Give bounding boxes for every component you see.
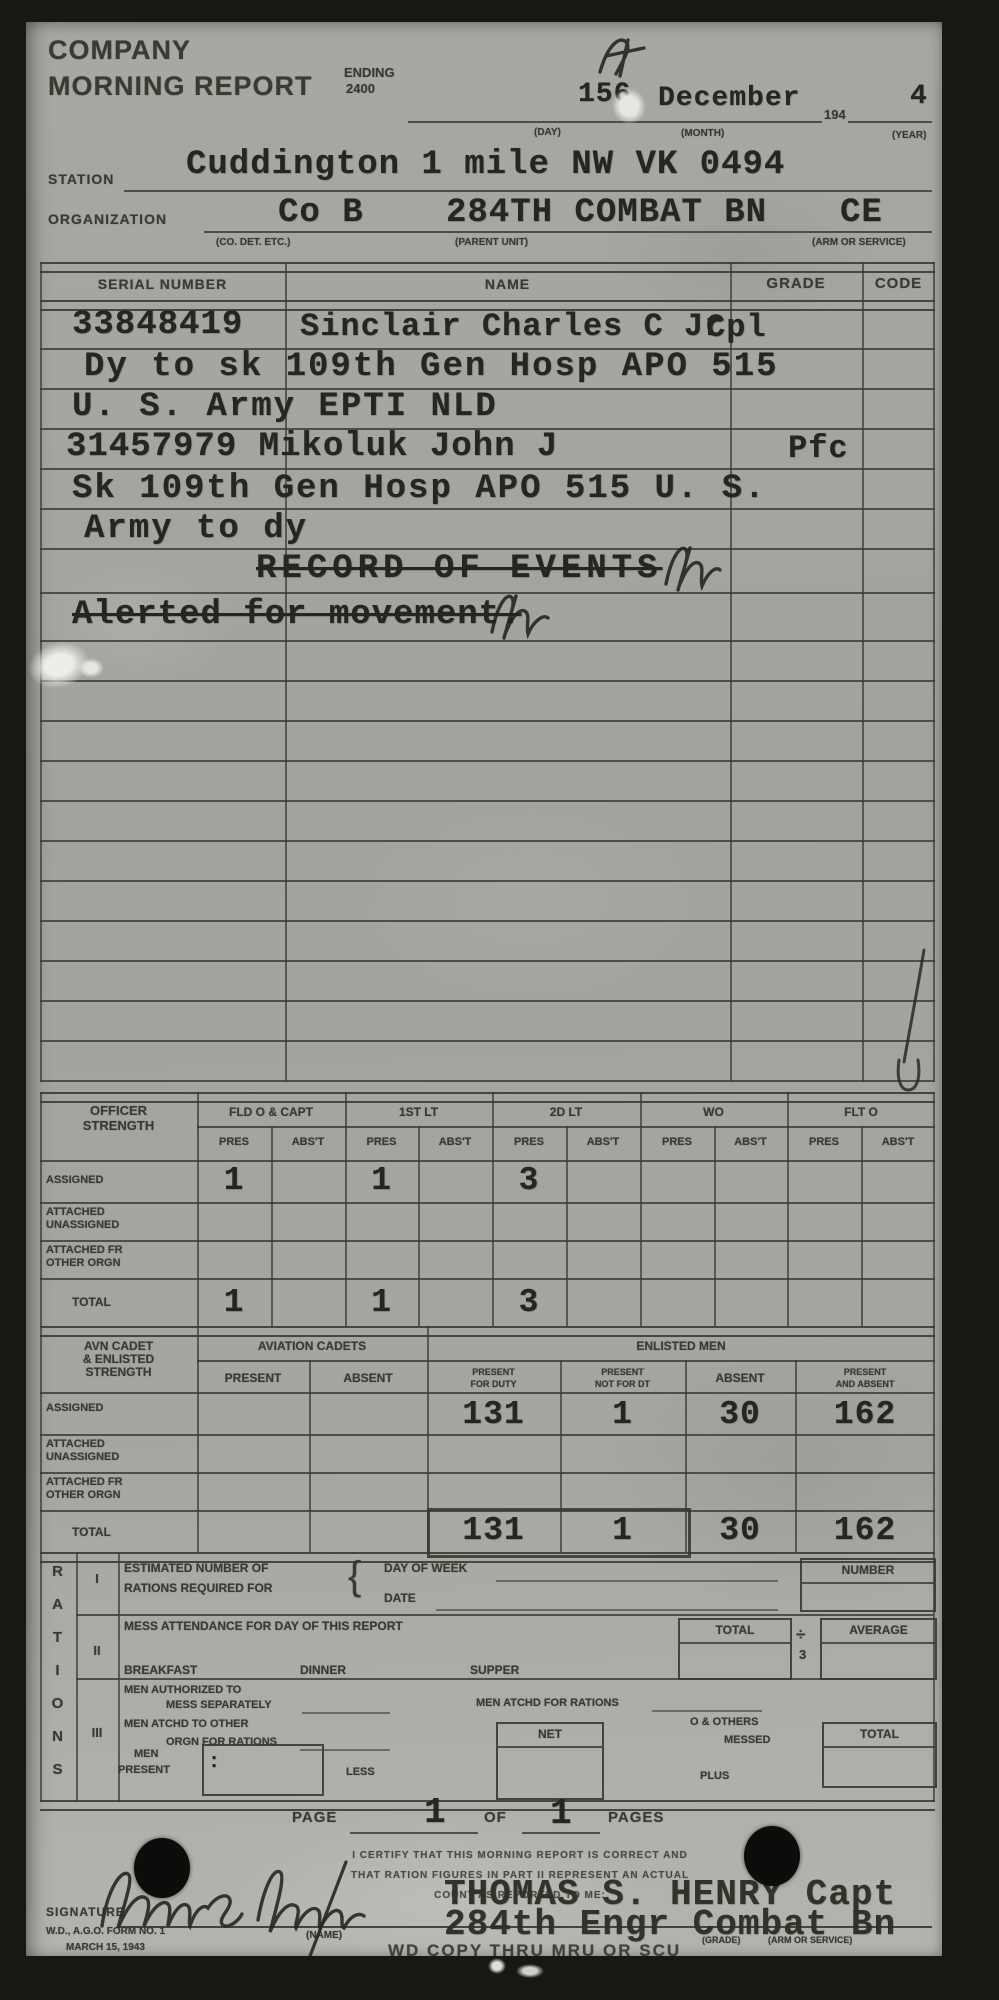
men-present-typed-mark: : [208, 1752, 221, 1773]
date-fillin-label: DATE [384, 1592, 416, 1605]
rule-line [802, 1582, 934, 1584]
rule-line [40, 1434, 935, 1436]
rule-line [822, 1642, 935, 1644]
organization-arm-value: CE [840, 196, 883, 232]
handwritten-u-mark [894, 1056, 924, 1096]
rule-line [309, 1360, 311, 1552]
officer-total-1stlt-pres: 1 [345, 1286, 418, 1321]
scanned-morning-report: COMPANY MORNING REPORT ENDING 2400 156 D… [0, 0, 999, 2000]
officer-group-2d-lt: 2D LT [492, 1106, 640, 1119]
officer-group-flt-o: FLT O [787, 1106, 935, 1119]
officer-sub-abst: ABS'T [714, 1136, 787, 1148]
rule-line [197, 1092, 199, 1326]
officer-sub-pres: PRES [197, 1136, 271, 1148]
enlisted-assigned-present-and-absent: 162 [795, 1398, 935, 1433]
day-of-week-label: DAY OF WEEK [384, 1562, 467, 1575]
rule-line [566, 1126, 568, 1326]
officer-sub-abst: ABS'T [418, 1136, 492, 1148]
rule-line [418, 1126, 420, 1326]
officer-row-label-assigned: ASSIGNED [46, 1174, 103, 1186]
enlisted-row-label-attached-fr-line1: ATTACHED FR [46, 1476, 123, 1488]
rule-line [848, 121, 932, 123]
officer-sub-abst: ABS'T [271, 1136, 345, 1148]
form-title-line1: COMPANY [48, 36, 191, 66]
fill-in-line [522, 1832, 600, 1834]
alerted-for-movement-entry: Alerted for movement. [72, 598, 521, 634]
rule-line [714, 1126, 716, 1326]
present-and-absent-col-line1: PRESENT [795, 1368, 935, 1378]
rule-line [40, 1092, 935, 1103]
rations-letter: N [40, 1729, 76, 1746]
officer-strength-label-line1: OFFICER [40, 1104, 197, 1118]
handwritten-slash-mark [898, 948, 930, 1066]
rule-line [40, 1160, 935, 1162]
roster-entry-grade: Cpl [706, 311, 767, 345]
officer-total-fldo-pres: 1 [197, 1286, 271, 1321]
rule-line [40, 1000, 935, 1002]
page-label: PAGE [292, 1810, 337, 1827]
enlisted-men-group-label: ENLISTED MEN [427, 1340, 935, 1353]
scan-frame-top [0, 0, 999, 22]
dinner-label: DINNER [300, 1664, 346, 1677]
rule-line [124, 190, 932, 192]
rule-line [40, 800, 935, 802]
officer-total-2dlt-pres: 3 [492, 1286, 566, 1321]
rations-letter: O [40, 1696, 76, 1713]
o-and-others-line2: MESSED [724, 1734, 770, 1746]
officer-sub-abst: ABS'T [566, 1136, 640, 1148]
rule-line [40, 1326, 935, 1337]
roster-entry-serial: 33848419 [72, 308, 243, 344]
rule-line [345, 1092, 347, 1326]
roster-entry-text: 31457979 Mikoluk John J [66, 430, 558, 466]
officer-assigned-1stlt-pres: 1 [345, 1164, 418, 1199]
rule-line [427, 1326, 429, 1552]
men-authorized-line2: MESS SEPARATELY [166, 1699, 272, 1711]
officer-group-1st-lt: 1ST LT [345, 1106, 492, 1119]
rule-line [680, 1642, 790, 1644]
rule-line [40, 1092, 42, 1326]
officer-assigned-fldo-pres: 1 [197, 1164, 271, 1199]
aviation-present-col-label: PRESENT [197, 1372, 309, 1385]
rations-total-box: TOTAL [822, 1722, 937, 1788]
roster-header-code: CODE [862, 276, 935, 293]
rule-line [40, 1080, 935, 1082]
average-box: AVERAGE [820, 1618, 937, 1680]
handwritten-initials [660, 540, 724, 592]
rule-line [197, 1360, 935, 1362]
rule-line [795, 1360, 797, 1552]
rule-line [40, 840, 935, 842]
rule-line [40, 262, 935, 273]
rations-part1-numeral: I [76, 1572, 118, 1586]
organization-parent-value: 284TH COMBAT BN [446, 196, 767, 232]
organization-label: ORGANIZATION [48, 212, 167, 227]
roster-header-grade: GRADE [730, 276, 862, 293]
enlisted-row-label-attached-fr-line2: OTHER ORGN [46, 1489, 121, 1501]
fill-in-line [436, 1609, 778, 1611]
enlisted-strength-label-line3: STRENGTH [40, 1366, 197, 1379]
ending-label: ENDING [344, 66, 395, 80]
rule-line [40, 1040, 935, 1042]
fill-in-line [302, 1712, 390, 1714]
men-atchd-for-rations-label: MEN ATCHD FOR RATIONS [476, 1697, 619, 1709]
roster-entry-text: U. S. Army EPTI NLD [72, 390, 498, 426]
date-year-value: 4 [910, 82, 928, 111]
scan-smudge [78, 658, 104, 678]
rule-line [40, 1278, 935, 1280]
rule-line [40, 760, 935, 762]
roster-entry-grade: Pfc [788, 432, 849, 466]
hole-punch [744, 1826, 800, 1886]
net-box: NET [496, 1722, 604, 1800]
record-of-events-heading: RECORD OF EVENTS [256, 552, 662, 588]
date-month-value: December [658, 84, 800, 113]
present-not-for-duty-col-line2: NOT FOR DT [560, 1380, 685, 1390]
brace-glyph: { [348, 1554, 361, 1598]
mess-total-box: TOTAL [678, 1618, 792, 1680]
fill-in-line [652, 1710, 762, 1712]
men-authorized-line1: MEN AUTHORIZED TO [124, 1684, 241, 1696]
rule-line [76, 1614, 933, 1616]
enlisted-total-present-for-duty: 131 [427, 1514, 560, 1549]
enlisted-assigned-present-not-for-duty: 1 [560, 1398, 685, 1433]
enlisted-row-label-assigned: ASSIGNED [46, 1402, 103, 1414]
rule-line [933, 1092, 935, 1326]
net-box-label: NET [498, 1728, 602, 1741]
breakfast-label: BREAKFAST [124, 1664, 197, 1677]
mess-attendance-title: MESS ATTENDANCE FOR DAY OF THIS REPORT [124, 1620, 403, 1633]
mess-total-box-label: TOTAL [680, 1624, 790, 1637]
present-for-duty-col-line2: FOR DUTY [427, 1380, 560, 1390]
rule-line [560, 1360, 562, 1552]
present-not-for-duty-col-line1: PRESENT [560, 1368, 685, 1378]
men-atchd-other-line1: MEN ATCHD TO OTHER [124, 1718, 248, 1730]
divide-by-value: 3 [799, 1648, 806, 1662]
men-present-line2: PRESENT [118, 1764, 170, 1776]
roster-header-name: NAME [285, 277, 730, 292]
year-prefix: 194 [824, 108, 846, 122]
of-label: OF [484, 1810, 507, 1827]
rule-line [40, 1240, 935, 1242]
rule-line [40, 1326, 42, 1552]
rule-line [40, 640, 935, 642]
rations-part2-numeral: II [76, 1644, 118, 1658]
rule-line [933, 262, 935, 1082]
rule-line [40, 960, 935, 962]
rule-line [40, 1392, 935, 1394]
roster-header-serial: SERIAL NUMBER [40, 277, 285, 292]
aviation-absent-col-label: ABSENT [309, 1372, 427, 1385]
officer-sub-abst: ABS'T [861, 1136, 935, 1148]
rule-line [40, 720, 935, 722]
rule-line [76, 1552, 78, 1802]
day-label: (DAY) [534, 127, 561, 138]
rule-line [492, 1092, 494, 1326]
men-present-line1: MEN [134, 1748, 158, 1760]
organization-parent-sublabel: (PARENT UNIT) [455, 237, 528, 248]
fill-in-line [350, 1832, 478, 1834]
rule-line [40, 920, 935, 922]
pages-count-value: 1 [550, 1795, 573, 1833]
rule-line [498, 1746, 602, 1748]
handwritten-date-correction [592, 34, 654, 80]
page-number-value: 1 [424, 1794, 447, 1832]
rations-letter: T [40, 1630, 76, 1647]
rations-letter: A [40, 1597, 76, 1614]
rations-letter: S [40, 1762, 76, 1779]
supper-label: SUPPER [470, 1664, 519, 1677]
number-box: NUMBER [800, 1558, 936, 1612]
enlisted-total-present-and-absent: 162 [795, 1514, 935, 1549]
station-label: STATION [48, 172, 114, 187]
rations-part1-line1: ESTIMATED NUMBER OF [124, 1562, 268, 1575]
scan-frame-left [0, 0, 26, 2000]
officer-row-label-total: TOTAL [72, 1296, 111, 1309]
scan-frame-right [942, 0, 999, 2000]
officer-row-label-attached-unassigned-line1: ATTACHED [46, 1206, 105, 1218]
arm-or-service-sublabel: (ARM OR SERVICE) [768, 1936, 852, 1946]
roster-entry-text: Army to dy [84, 512, 308, 548]
rule-line [862, 262, 864, 1082]
officer-strength-label-line2: STRENGTH [40, 1119, 197, 1133]
o-and-others-line1: O & OTHERS [690, 1716, 758, 1728]
present-for-duty-col-line1: PRESENT [427, 1368, 560, 1378]
rule-line [685, 1360, 687, 1552]
officer-assigned-2dlt-pres: 3 [492, 1164, 566, 1199]
organization-company-sublabel: (CO. DET. ETC.) [216, 237, 290, 248]
officer-sub-pres: PRES [787, 1136, 861, 1148]
rule-line [40, 1472, 935, 1474]
roster-entry-name: Sinclair Charles C Jr [300, 310, 724, 344]
rule-line [204, 231, 932, 233]
enlisted-row-label-attached-unassigned-line2: UNASSIGNED [46, 1451, 119, 1463]
men-present-box: : [202, 1744, 324, 1796]
month-label: (MONTH) [681, 128, 724, 139]
hole-punch [134, 1838, 190, 1898]
enlisted-assigned-absent: 30 [685, 1398, 795, 1433]
enlisted-row-label-attached-unassigned-line1: ATTACHED [46, 1438, 105, 1450]
ending-value: 2400 [346, 82, 375, 96]
rule-line [40, 1202, 935, 1204]
average-box-label: AVERAGE [822, 1624, 935, 1637]
roster-entry-text: Sk 109th Gen Hosp APO 515 U. S. [72, 472, 767, 508]
officer-row-label-attached-unassigned-line2: UNASSIGNED [46, 1219, 119, 1231]
rule-line [76, 1678, 933, 1680]
scan-speck [488, 1958, 506, 1974]
rule-line [933, 1326, 935, 1552]
enlisted-assigned-present-for-duty: 131 [427, 1398, 560, 1433]
station-value: Cuddington 1 mile NW VK 0494 [186, 148, 785, 184]
officer-sub-pres: PRES [492, 1136, 566, 1148]
present-and-absent-col-line2: AND ABSENT [795, 1380, 935, 1390]
rule-line [40, 680, 935, 682]
organization-arm-sublabel: (ARM OR SERVICE) [812, 237, 906, 248]
rule-line [408, 121, 822, 123]
rations-letter: I [40, 1663, 76, 1680]
enlisted-row-label-total: TOTAL [72, 1526, 111, 1539]
plus-label: PLUS [700, 1770, 729, 1782]
year-label: (YEAR) [892, 130, 926, 141]
less-label: LESS [346, 1766, 375, 1778]
rations-part1-line2: RATIONS REQUIRED FOR [124, 1582, 272, 1595]
aviation-cadets-group-label: AVIATION CADETS [197, 1340, 427, 1353]
organization-company-value: Co B [278, 196, 364, 232]
roster-entry-text: Dy to sk 109th Gen Hosp APO 515 [84, 350, 779, 386]
officer-row-label-attached-fr-line2: OTHER ORGN [46, 1257, 121, 1269]
form-title-line2: MORNING REPORT [48, 72, 313, 102]
number-box-label: NUMBER [802, 1564, 934, 1577]
enlisted-absent-col-label: ABSENT [685, 1372, 795, 1385]
rations-letter: R [40, 1564, 76, 1581]
rule-line [640, 1092, 642, 1326]
pages-label: PAGES [608, 1810, 664, 1827]
officer-sub-pres: PRES [345, 1136, 418, 1148]
rule-line [40, 880, 935, 882]
grade-sublabel: (GRADE) [702, 1936, 741, 1946]
officer-group-wo: WO [640, 1106, 787, 1119]
officer-group-fldo-capt: FLD O & CAPT [197, 1106, 345, 1119]
rations-part3-numeral: III [76, 1726, 118, 1740]
fill-in-line [496, 1580, 778, 1582]
scan-speck [516, 1964, 544, 1978]
rations-total-box-label: TOTAL [824, 1728, 935, 1741]
rule-line [787, 1092, 789, 1326]
rule-line [271, 1126, 273, 1326]
enlisted-total-present-not-for-duty: 1 [560, 1514, 685, 1549]
rule-line [197, 1326, 199, 1552]
rule-line [861, 1126, 863, 1326]
divide-sign: ÷ [796, 1626, 805, 1645]
handwritten-initials [484, 588, 554, 640]
rule-line [824, 1746, 935, 1748]
enlisted-total-absent: 30 [685, 1514, 795, 1549]
officer-sub-pres: PRES [640, 1136, 714, 1148]
officer-row-label-attached-fr-line1: ATTACHED FR [46, 1244, 123, 1256]
